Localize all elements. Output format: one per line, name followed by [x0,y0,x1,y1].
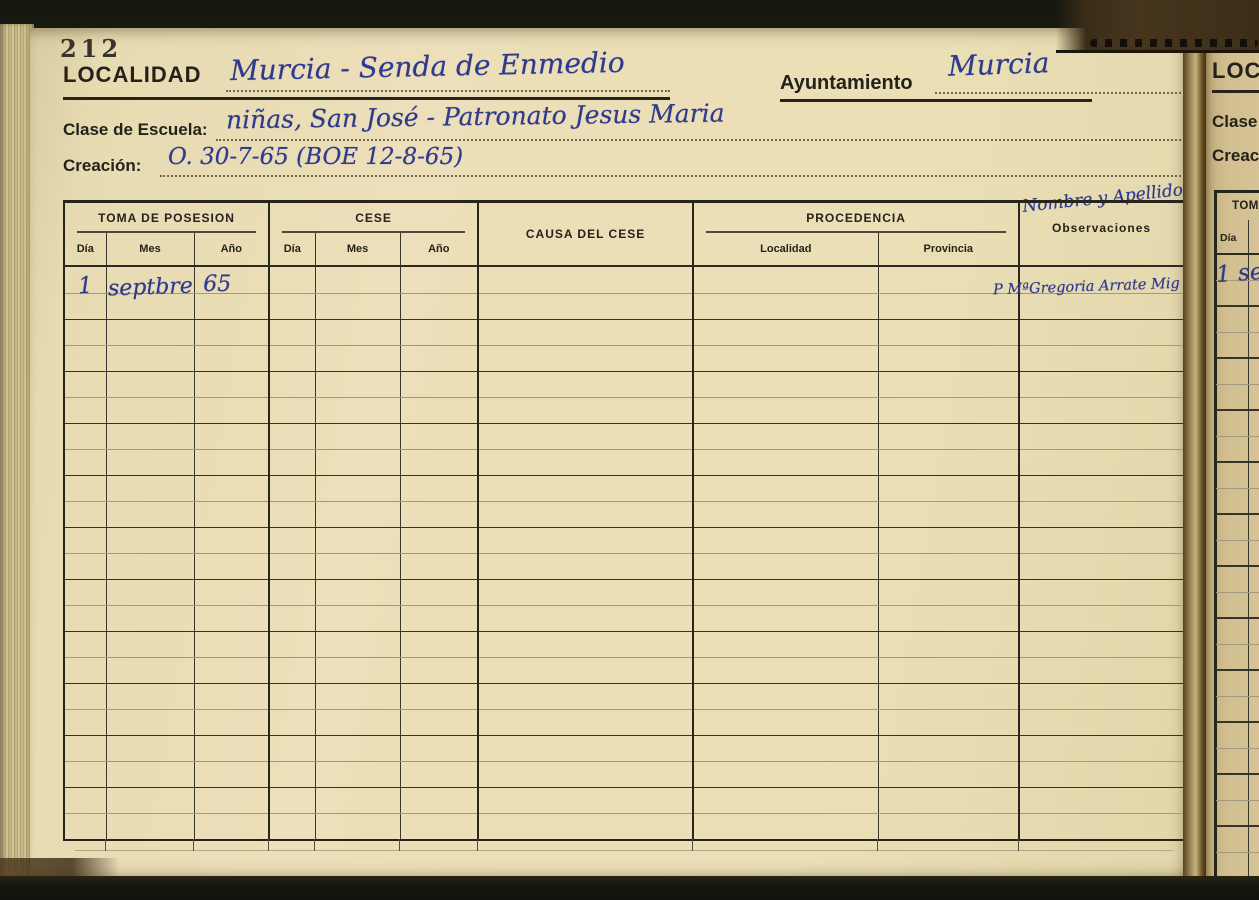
table-row [64,814,1184,840]
cell-toma_dia [64,450,106,476]
cell-cese_mes [315,346,400,372]
next-table-top-border [1214,190,1259,193]
cell-cese_ano [400,424,478,450]
cell-proc_localidad [693,372,878,398]
cell-causa [478,502,693,528]
cell-cese_dia [269,658,315,684]
cell-proc_localidad [693,266,878,294]
cell-cese_mes [315,606,400,632]
cell-observaciones [1019,502,1184,528]
cell-observaciones [1019,476,1184,502]
cell-proc_localidad [693,502,878,528]
table-row: 1septbre65P MªGregoria Arrate Mig [64,266,1184,294]
cell-cese_dia [269,762,315,788]
cell-cese_ano [400,658,478,684]
table-row [64,424,1184,450]
cell-cese_mes [315,502,400,528]
cell-proc_provincia [878,632,1019,658]
table-row [64,606,1184,632]
cell-proc_provincia [878,658,1019,684]
column-tick [1018,839,1019,851]
cell-toma_dia [64,814,106,840]
cell-proc_localidad [693,294,878,320]
cell-cese_ano [400,450,478,476]
cell-cese_mes [315,398,400,424]
cell-toma_mes [106,606,194,632]
cell-cese_mes [315,814,400,840]
cell-cese_ano [400,788,478,814]
cell-cese_mes [315,320,400,346]
cell-causa [478,762,693,788]
table-row [64,450,1184,476]
cell-causa [478,632,693,658]
cell-proc_localidad [693,762,878,788]
table-row [64,658,1184,684]
cell-cese_mes [315,658,400,684]
cell-cese_dia [269,554,315,580]
cell-causa [478,606,693,632]
cell-observaciones [1019,580,1184,606]
cell-cese_ano [400,554,478,580]
cell-toma_ano [194,346,269,372]
cell-toma_mes [106,398,194,424]
cell-toma_ano [194,320,269,346]
cell-proc_localidad [693,788,878,814]
page-number: 212 [60,34,122,63]
cell-causa [478,710,693,736]
cell-proc_localidad [693,528,878,554]
registry-card: 212 LOCALIDAD Murcia - Senda de Enmedio … [30,28,1186,878]
cell-toma_dia [64,372,106,398]
clase-escuela-handwritten-value: niñas, San José - Patronato Jesus Maria [226,99,725,135]
cell-observaciones [1019,736,1184,762]
cell-cese_dia [269,684,315,710]
cell-toma_ano [194,814,269,840]
table-row [64,372,1184,398]
cell-proc_provincia [878,320,1019,346]
procedencia-localidad-header: Localidad [693,233,878,266]
cell-toma_ano [194,580,269,606]
cell-toma_ano [194,606,269,632]
table-row [64,580,1184,606]
below-table-faint-line [75,850,1173,851]
cell-proc_provincia [878,580,1019,606]
clase-escuela-label: Clase de Escuela: [63,120,208,140]
column-tick [105,839,106,851]
header-divider-line [706,231,1006,233]
cell-cese_dia [269,606,315,632]
column-tick [268,839,269,851]
procedencia-provincia-header: Provincia [878,233,1019,266]
cell-cese_dia [269,788,315,814]
cell-toma_dia [64,554,106,580]
table-surface-bottom [0,876,1259,900]
cell-cese_dia [269,450,315,476]
cell-cese_ano [400,294,478,320]
next-handwritten-entry: 1 sep [1215,258,1259,288]
cell-proc_provincia [878,502,1019,528]
cell-cese_mes [315,762,400,788]
cell-proc_provincia [878,424,1019,450]
localidad-handwritten-value: Murcia - Senda de Enmedio [230,46,625,87]
cell-proc_localidad [693,554,878,580]
cell-cese_ano [400,710,478,736]
cell-toma_mes: septbre [106,266,194,294]
toma-ano-header: Año [194,233,269,266]
cell-cese_dia [269,476,315,502]
cell-toma_mes [106,554,194,580]
cell-cese_ano [400,736,478,762]
next-table-row-lines [1216,255,1259,875]
cell-toma_mes [106,632,194,658]
cell-toma_ano [194,372,269,398]
cell-toma_mes [106,320,194,346]
cell-cese_ano [400,502,478,528]
column-tick [692,839,693,851]
cell-observaciones [1019,788,1184,814]
cell-cese_dia [269,710,315,736]
cell-cese_mes [315,476,400,502]
cell-proc_localidad [693,736,878,762]
table-row [64,528,1184,554]
cell-toma_mes [106,684,194,710]
cell-proc_provincia [878,606,1019,632]
cell-toma_ano: 65 [194,266,269,294]
ayuntamiento-rule-line [780,99,1092,102]
cell-toma_mes [106,814,194,840]
cell-causa [478,788,693,814]
cell-toma_mes [106,658,194,684]
ayuntamiento-handwritten-value: Murcia [947,46,1050,83]
causa-del-cese-header: CAUSA DEL CESE [478,202,693,267]
creacion-label: Creación: [63,156,141,176]
cell-toma_ano [194,476,269,502]
cell-observaciones [1019,606,1184,632]
cell-toma_ano [194,294,269,320]
cell-causa [478,398,693,424]
cell-cese_dia [269,346,315,372]
cell-observaciones [1019,814,1184,840]
cell-cese_ano [400,476,478,502]
cell-causa [478,658,693,684]
cell-toma_mes [106,502,194,528]
header-divider-line [282,231,465,233]
cell-toma_ano [194,502,269,528]
cell-observaciones [1019,554,1184,580]
cell-causa [478,424,693,450]
table-row [64,346,1184,372]
cell-causa [478,266,693,294]
creacion-handwritten-value: O. 30-7-65 (BOE 12-8-65) [168,144,463,170]
cell-proc_localidad [693,320,878,346]
cell-toma_mes [106,788,194,814]
cell-toma_mes [106,762,194,788]
table-row [64,710,1184,736]
table-row [64,684,1184,710]
cell-cese_mes [315,450,400,476]
cell-observaciones [1019,710,1184,736]
cell-cese_ano [400,606,478,632]
next-localidad-rule-line [1212,90,1259,93]
page-fold-gutter [1183,30,1206,900]
cell-observaciones [1019,424,1184,450]
cell-causa [478,476,693,502]
cell-observaciones [1019,450,1184,476]
cell-causa [478,346,693,372]
cell-cese_ano [400,346,478,372]
cell-proc_provincia [878,736,1019,762]
cell-toma_mes [106,450,194,476]
cell-cese_mes [315,632,400,658]
photographed-registry-book: 212 LOCALIDAD Murcia - Senda de Enmedio … [0,0,1259,900]
cell-cese_ano [400,528,478,554]
cell-toma_mes [106,424,194,450]
column-tick [477,839,478,851]
cell-toma_dia [64,346,106,372]
cell-proc_localidad [693,710,878,736]
cell-toma_mes [106,476,194,502]
cese-group-header: CESE [269,202,478,234]
next-clase-escuela-label: Clase de Escuela: [1212,112,1259,132]
cell-observaciones [1019,658,1184,684]
cell-cese_mes [315,294,400,320]
cese-dia-header: Día [269,233,315,266]
next-creacion-label: Creación: [1212,146,1259,166]
cell-observaciones: P MªGregoria Arrate Mig [1019,266,1184,294]
clase-escuela-leader-line [216,139,1181,141]
cell-cese_ano [400,684,478,710]
cell-toma_dia: 1 [64,266,106,294]
cell-cese_dia [269,814,315,840]
cell-toma_dia [64,736,106,762]
table-row [64,788,1184,814]
cell-toma_dia [64,580,106,606]
cell-observaciones [1019,372,1184,398]
cell-observaciones [1019,632,1184,658]
cell-observaciones [1019,528,1184,554]
cell-toma_dia [64,528,106,554]
cell-cese_dia [269,320,315,346]
cell-toma_ano [194,528,269,554]
cell-cese_ano [400,320,478,346]
cell-causa [478,450,693,476]
cell-cese_mes [315,372,400,398]
cell-toma_dia [64,502,106,528]
cell-cese_ano [400,814,478,840]
registry-table: TOMA DE POSESION CESE CAUSA DEL CESE PRO… [63,200,1185,841]
cell-toma_dia [64,658,106,684]
cell-toma_ano [194,450,269,476]
cell-proc_localidad [693,814,878,840]
cell-causa [478,554,693,580]
cell-proc_provincia [878,528,1019,554]
localidad-leader-line [226,90,670,92]
cell-cese_ano [400,266,478,294]
cell-proc_localidad [693,476,878,502]
column-tick [314,839,315,851]
cell-proc_localidad [693,450,878,476]
cell-proc_localidad [693,580,878,606]
cell-causa [478,320,693,346]
cell-toma_dia [64,320,106,346]
cell-toma_ano [194,788,269,814]
cell-proc_provincia [878,814,1019,840]
cell-cese_mes [315,580,400,606]
cell-cese_ano [400,580,478,606]
cell-cese_dia [269,372,315,398]
cell-proc_localidad [693,346,878,372]
cell-cese_dia [269,632,315,658]
cell-proc_provincia [878,476,1019,502]
cell-cese_ano [400,632,478,658]
cell-toma_ano [194,710,269,736]
handwritten-toma_ano: 65 [203,272,231,297]
localidad-rule-line [63,97,670,100]
cell-cese_mes [315,424,400,450]
handwritten-toma_dia: 1 [77,273,93,300]
next-localidad-label: LOCALIDAD [1212,58,1259,84]
cell-toma_ano [194,658,269,684]
cell-cese_dia [269,294,315,320]
cell-toma_dia [64,424,106,450]
cell-cese_dia [269,580,315,606]
cell-observaciones [1019,398,1184,424]
cell-cese_dia [269,502,315,528]
cell-toma_ano [194,632,269,658]
cell-cese_dia [269,736,315,762]
header-divider-line [77,231,256,233]
book-page-edges [0,24,34,882]
cell-observaciones [1019,684,1184,710]
cell-proc_provincia [878,684,1019,710]
cell-toma_dia [64,762,106,788]
cell-toma_dia [64,684,106,710]
table-row [64,762,1184,788]
cell-causa [478,528,693,554]
cell-causa [478,684,693,710]
creacion-leader-line [160,175,1181,177]
procedencia-group-header: PROCEDENCIA [693,202,1019,234]
cell-cese_mes [315,266,400,294]
ayuntamiento-leader-line [935,92,1181,94]
cell-toma_mes [106,372,194,398]
observaciones-header: Observaciones [1019,202,1184,267]
cell-observaciones [1019,320,1184,346]
cell-toma_dia [64,710,106,736]
cell-proc_provincia [878,762,1019,788]
cell-cese_mes [315,736,400,762]
cell-proc_localidad [693,684,878,710]
cell-proc_provincia [878,554,1019,580]
cell-cese_dia [269,266,315,294]
cell-cese_mes [315,788,400,814]
cell-cese_dia [269,424,315,450]
toma-dia-header: Día [64,233,106,266]
table-row [64,554,1184,580]
toma-posesion-group-header: TOMA DE POSESION [64,202,269,234]
cell-proc_localidad [693,424,878,450]
ayuntamiento-label: Ayuntamiento [780,72,913,95]
next-toma-posesion-header: TOMA DE POSESION [1232,200,1259,212]
cell-toma_mes [106,346,194,372]
column-tick [399,839,400,851]
cell-toma_mes [106,710,194,736]
cell-proc_provincia [878,372,1019,398]
cell-toma_mes [106,528,194,554]
cell-toma_dia [64,606,106,632]
cell-proc_localidad [693,606,878,632]
cell-proc_provincia [878,398,1019,424]
cell-causa [478,372,693,398]
cell-proc_provincia [878,710,1019,736]
next-registry-card: LOCALIDAD Clase de Escuela: Creación: TO… [1206,50,1259,880]
cell-cese_mes [315,710,400,736]
table-row [64,632,1184,658]
cell-cese_mes [315,528,400,554]
cell-toma_mes [106,580,194,606]
cell-cese_mes [315,684,400,710]
cese-ano-header: Año [400,233,478,266]
cell-observaciones [1019,346,1184,372]
table-row [64,476,1184,502]
cell-proc_localidad [693,658,878,684]
cell-proc_provincia [878,788,1019,814]
cell-proc_provincia [878,450,1019,476]
handwritten-toma_mes: septbre [107,274,193,302]
cell-proc_localidad [693,632,878,658]
cell-toma_mes [106,736,194,762]
next-dia-header: Día [1220,232,1236,244]
cell-causa [478,294,693,320]
cell-toma_ano [194,684,269,710]
table-row [64,398,1184,424]
toma-mes-header: Mes [106,233,194,266]
cell-toma_dia [64,788,106,814]
table-row [64,502,1184,528]
cell-cese_ano [400,372,478,398]
cell-observaciones [1019,762,1184,788]
table-row [64,736,1184,762]
cell-causa [478,736,693,762]
cell-cese_ano [400,398,478,424]
cell-cese_mes [315,554,400,580]
table-row [64,320,1184,346]
cell-causa [478,814,693,840]
cell-toma_ano [194,398,269,424]
localidad-label: LOCALIDAD [63,62,202,88]
binding-stitch-marks [1090,39,1258,47]
cell-toma_dia [64,476,106,502]
cell-toma_ano [194,762,269,788]
cell-toma_ano [194,736,269,762]
cell-cese_dia [269,398,315,424]
cell-cese_ano [400,762,478,788]
cell-cese_dia [269,528,315,554]
cell-toma_ano [194,424,269,450]
cell-toma_ano [194,554,269,580]
cell-proc_localidad [693,398,878,424]
cell-toma_dia [64,398,106,424]
cell-toma_dia [64,632,106,658]
cell-observaciones [1019,294,1184,320]
cese-mes-header: Mes [315,233,400,266]
registry-table-body: 1septbre65P MªGregoria Arrate Mig [64,266,1184,840]
column-tick [193,839,194,851]
cell-proc_provincia [878,346,1019,372]
cell-causa [478,580,693,606]
column-tick [877,839,878,851]
